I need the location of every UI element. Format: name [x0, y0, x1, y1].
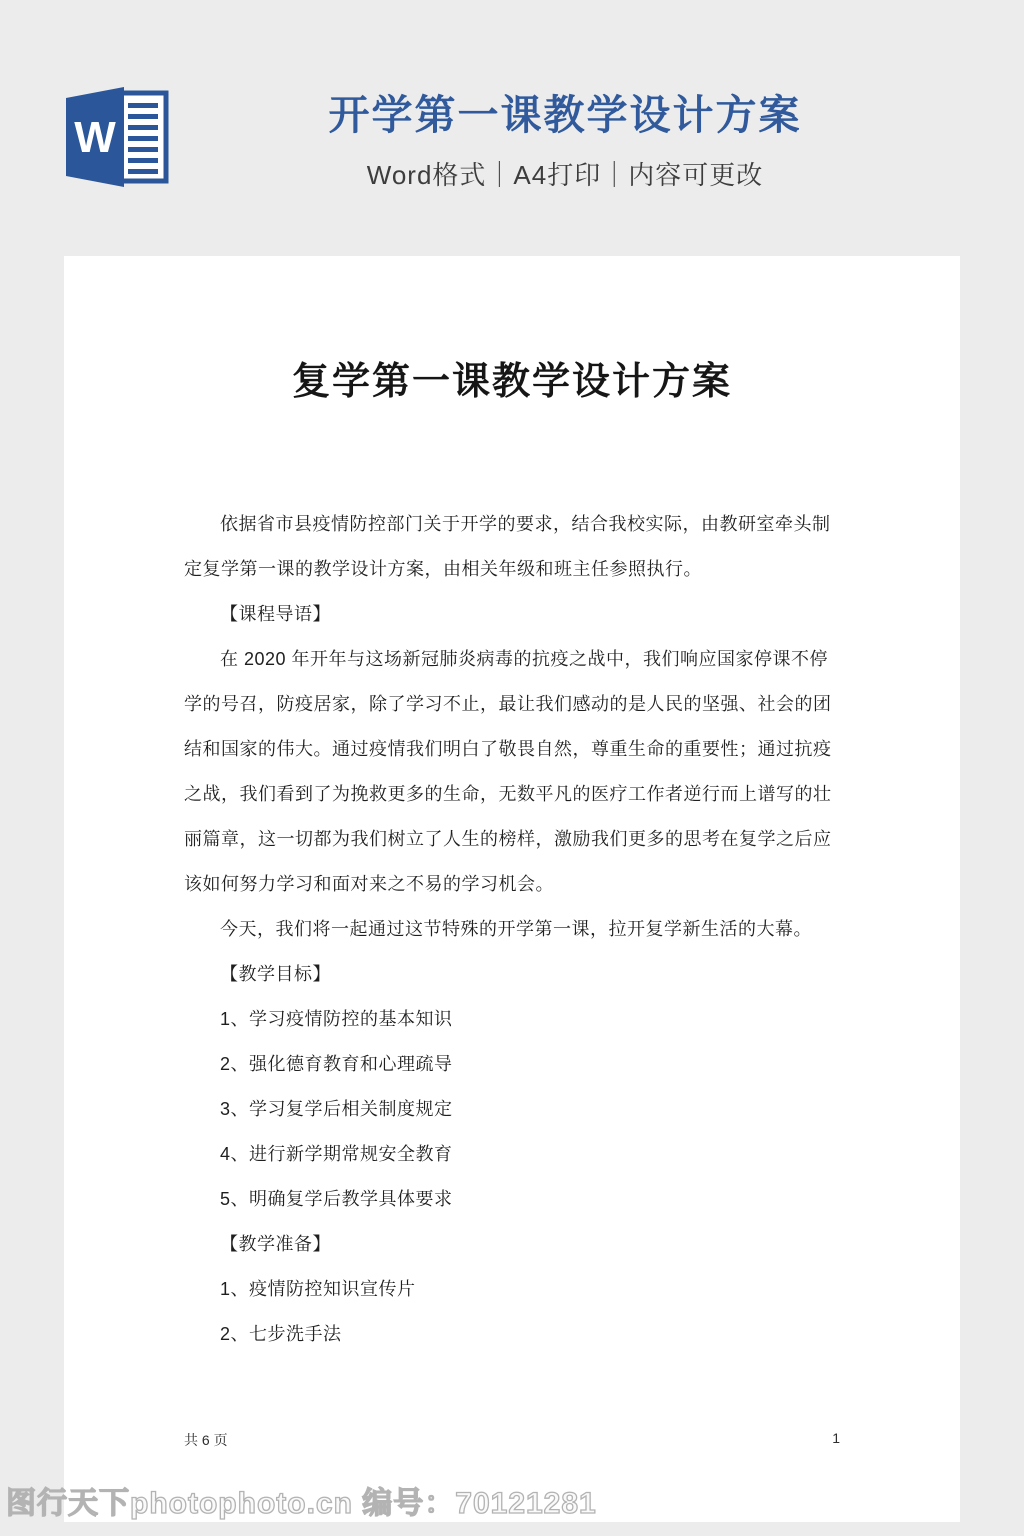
list-item: 2、强化德育教育和心理疏导 [184, 1042, 840, 1087]
watermark-text: 图行天下photophoto.cn 编号：70121281 [6, 1478, 597, 1522]
word-icon-letter: W [74, 113, 116, 162]
word-logo-icon: W [62, 86, 172, 188]
list-item: 1、学习疫情防控的基本知识 [184, 997, 840, 1042]
list-item: 3、学习复学后相关制度规定 [184, 1087, 840, 1132]
doc-paragraph: 今天，我们将一起通过这节特殊的开学第一课，拉开复学新生活的大幕。 [184, 907, 840, 952]
section-heading: 【课程导语】 [184, 592, 840, 637]
list-item: 4、进行新学期常规安全教育 [184, 1132, 840, 1177]
section-heading: 【教学目标】 [184, 952, 840, 997]
list-item: 5、明确复学后教学具体要求 [184, 1177, 840, 1222]
total-pages-label: 共 6 页 [184, 1430, 228, 1450]
template-header: W 开学第一课教学设计方案 Word格式｜A4打印｜内容可更改 [0, 0, 1024, 256]
template-title: 开学第一课教学设计方案 [180, 92, 950, 139]
page-footer: 共 6 页 1 [184, 1430, 840, 1450]
list-item: 1、疫情防控知识宣传片 [184, 1267, 840, 1312]
document-page: 复学第一课教学设计方案 依据省市县疫情防控部门关于开学的要求，结合我校实际，由教… [64, 256, 960, 1522]
doc-paragraph: 在 2020 年开年与这场新冠肺炎病毒的抗疫之战中，我们响应国家停课不停学的号召… [184, 637, 840, 907]
page-number: 1 [832, 1430, 840, 1450]
template-subtitle: Word格式｜A4打印｜内容可更改 [180, 155, 950, 192]
doc-body: 依据省市县疫情防控部门关于开学的要求，结合我校实际，由教研室牵头制定复学第一课的… [184, 502, 840, 1357]
list-item: 2、七步洗手法 [184, 1312, 840, 1357]
doc-paragraph: 依据省市县疫情防控部门关于开学的要求，结合我校实际，由教研室牵头制定复学第一课的… [184, 502, 840, 592]
section-heading: 【教学准备】 [184, 1222, 840, 1267]
header-text-block: 开学第一课教学设计方案 Word格式｜A4打印｜内容可更改 [180, 92, 950, 192]
document-title: 复学第一课教学设计方案 [184, 360, 840, 406]
